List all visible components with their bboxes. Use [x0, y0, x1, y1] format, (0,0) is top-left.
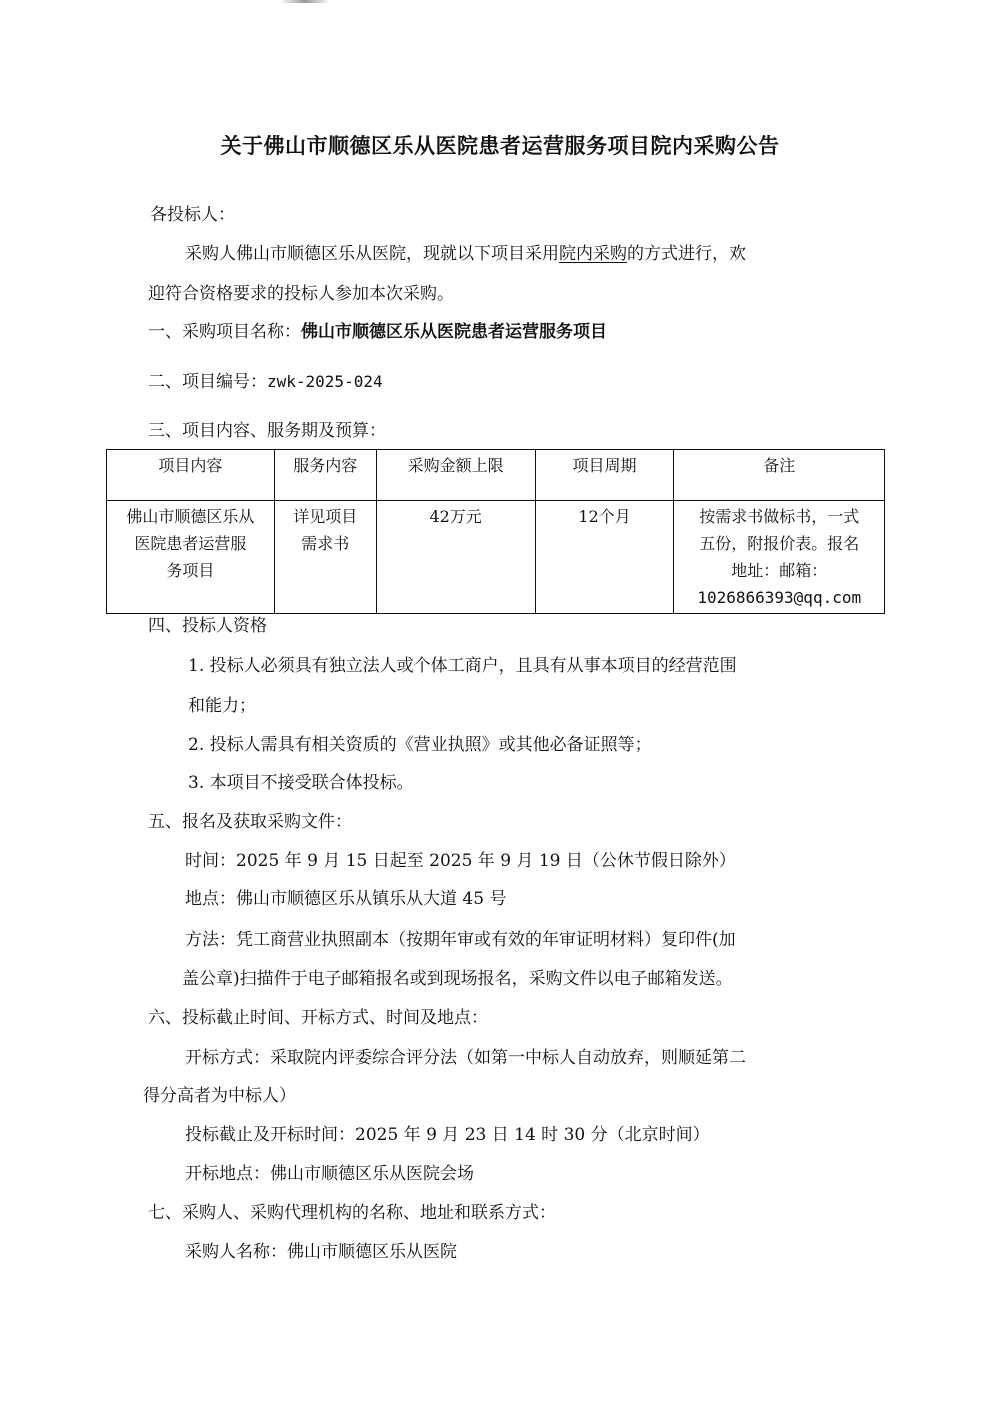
scan-artifact	[280, 0, 330, 3]
cell-project-content: 佛山市顺德区乐从 医院患者运营服 务项目	[107, 501, 275, 614]
cell-remarks: 按需求书做标书，一式 五份，附报价表。报名 地址：邮箱： 1026866393@…	[674, 501, 885, 614]
qualification-item-3: 3. 本项目不接受联合体投标。	[188, 771, 414, 795]
section-6-heading: 六、投标截止时间、开标方式、时间及地点：	[148, 1006, 488, 1030]
budget-table: 项目内容 服务内容 采购金额上限 项目周期 备注 佛山市顺德区乐从 医院患者运营…	[106, 449, 885, 614]
section-1-value: 佛山市顺德区乐从医院患者运营服务项目	[301, 322, 607, 342]
registration-place: 地点：佛山市顺德区乐从镇乐从大道 45 号	[185, 887, 506, 911]
intro-paragraph-line1: 采购人佛山市顺德区乐从医院，现就以下项目采用院内采购的方式进行，欢	[185, 242, 746, 266]
table-header: 项目内容	[107, 450, 275, 501]
table-header: 采购金额上限	[376, 450, 535, 501]
cell-project-period: 12个月	[535, 501, 674, 614]
section-2-project-number: 二、项目编号：zwk-2025-024	[148, 370, 383, 394]
registration-method-line2: 盖公章)扫描件于电子邮箱报名或到现场报名，采购文件以电子邮箱发送。	[182, 967, 733, 991]
table-row: 佛山市顺德区乐从 医院患者运营服 务项目 详见项目 需求书 42万元 12个月 …	[107, 501, 885, 614]
cell-service-content: 详见项目 需求书	[274, 501, 376, 614]
bid-opening-method-line2: 得分高者为中标人）	[143, 1084, 296, 1108]
section-4-heading: 四、投标人资格	[148, 614, 267, 638]
table-header-row: 项目内容 服务内容 采购金额上限 项目周期 备注	[107, 450, 885, 501]
intro-text-before: 采购人佛山市顺德区乐从医院，现就以下项目采用	[185, 244, 559, 264]
registration-method-line1: 方法：凭工商营业执照副本（按期年审或有效的年审证明材料）复印件(加	[185, 928, 736, 952]
table-header: 服务内容	[274, 450, 376, 501]
remarks-email: 1026866393@qq.com	[678, 584, 880, 611]
cell-budget-cap: 42万元	[376, 501, 535, 614]
bid-deadline: 投标截止及开标时间：2025 年 9 月 23 日 14 时 30 分（北京时间…	[185, 1123, 710, 1147]
registration-time: 时间：2025 年 9 月 15 日起至 2025 年 9 月 19 日（公休节…	[185, 849, 736, 873]
intro-underlined-method: 院内采购	[559, 244, 627, 264]
intro-text-after: 的方式进行，欢	[627, 244, 746, 264]
qualification-item-2: 2. 投标人需具有相关资质的《营业执照》或其他必备证照等；	[188, 733, 652, 757]
table-header: 备注	[674, 450, 885, 501]
section-1-label: 一、采购项目名称：	[148, 322, 301, 342]
bid-opening-venue: 开标地点：佛山市顺德区乐从医院会场	[185, 1162, 474, 1186]
qualification-item-1-cont: 和能力；	[188, 694, 256, 718]
bid-opening-method-line1: 开标方式：采取院内评委综合评分法（如第一中标人自动放弃，则顺延第二	[185, 1046, 746, 1070]
section-1-project-name: 一、采购项目名称：佛山市顺德区乐从医院患者运营服务项目	[148, 320, 607, 344]
purchaser-name: 采购人名称：佛山市顺德区乐从医院	[185, 1240, 457, 1264]
section-2-value: zwk-2025-024	[267, 372, 383, 391]
qualification-item-1: 1. 投标人必须具有独立法人或个体工商户，且具有从事本项目的经营范围	[188, 654, 737, 678]
section-2-label: 二、项目编号：	[148, 372, 267, 392]
section-5-heading: 五、报名及获取采购文件：	[148, 810, 352, 834]
page-title: 关于佛山市顺德区乐从医院患者运营服务项目院内采购公告	[0, 130, 1000, 160]
salutation: 各投标人：	[150, 203, 235, 227]
section-7-heading: 七、采购人、采购代理机构的名称、地址和联系方式：	[148, 1201, 556, 1225]
table-header: 项目周期	[535, 450, 674, 501]
section-3-heading: 三、项目内容、服务期及预算：	[148, 419, 386, 443]
intro-paragraph-line2: 迎符合资格要求的投标人参加本次采购。	[148, 282, 454, 306]
